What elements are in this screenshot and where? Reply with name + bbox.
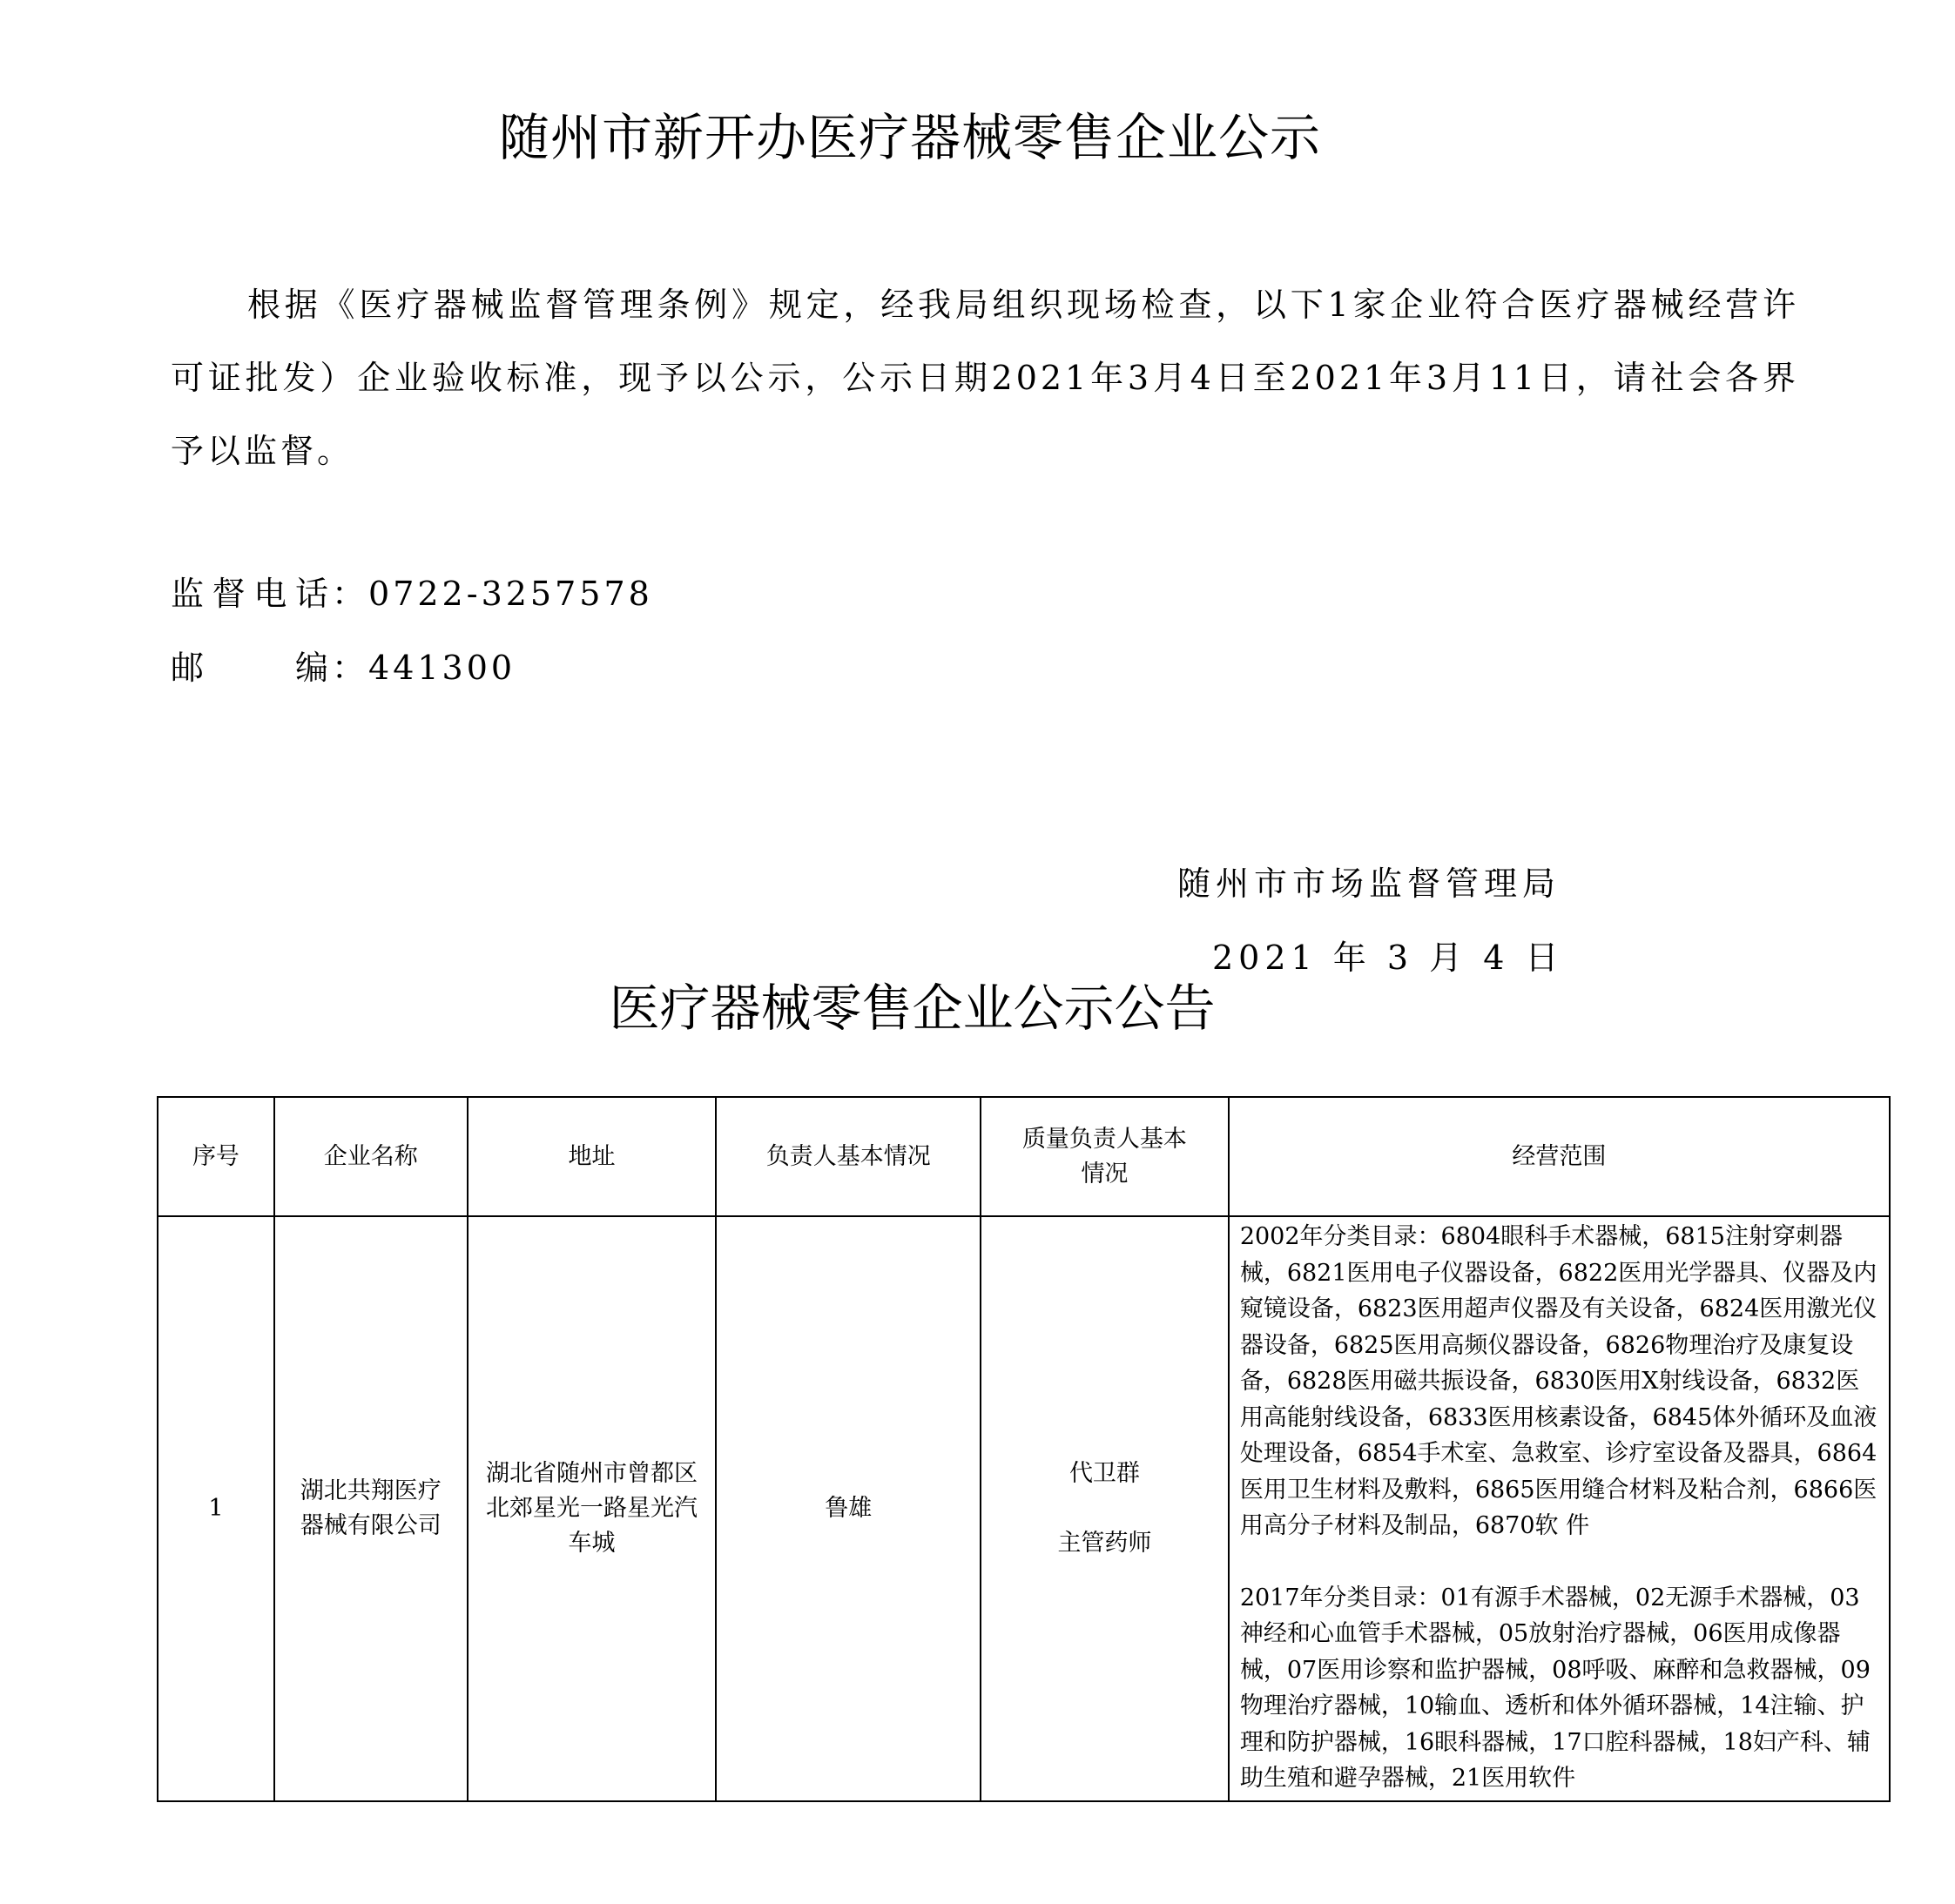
cell-address: 湖北省随州市曾都区北郊星光一路星光汽车城: [468, 1216, 717, 1801]
contact-phone-label: 监督电话: [171, 568, 332, 620]
scope-2002: 2002年分类目录：6804眼科手术器械，6815注射穿刺器械，6821医用电子…: [1240, 1219, 1878, 1544]
header-company: 企业名称: [274, 1097, 468, 1216]
table-row: 1 湖北共翔医疗器械有限公司 湖北省随州市曾都区北郊星光一路星光汽车城 鲁雄 代…: [158, 1216, 1890, 1801]
contact-postcode-value: 441300: [368, 649, 516, 687]
contact-postcode-label: 邮编: [171, 642, 332, 694]
contact-phone: 监督电话：0722-3257578: [171, 568, 653, 620]
header-address: 地址: [468, 1097, 717, 1216]
quality-person-name: 代卫群: [1069, 1460, 1140, 1487]
cell-scope: 2002年分类目录：6804眼科手术器械，6815注射穿刺器械，6821医用电子…: [1229, 1216, 1890, 1801]
header-quality-person: 质量负责人基本情况: [981, 1097, 1229, 1216]
contact-postcode: 邮编：441300: [171, 642, 516, 694]
announcement-title: 医疗器械零售企业公示公告: [0, 973, 1955, 1043]
contact-phone-value: 0722-3257578: [368, 575, 653, 613]
header-scope: 经营范围: [1229, 1097, 1890, 1216]
header-legal-person: 负责人基本情况: [716, 1097, 981, 1216]
signature-organization: 随州市市场监督管理局: [1177, 858, 1561, 910]
cell-index: 1: [158, 1216, 274, 1801]
quality-person-title: 主管药师: [1057, 1530, 1151, 1557]
table-header-row: 序号 企业名称 地址 负责人基本情况 质量负责人基本情况 经营范围: [158, 1097, 1890, 1216]
notice-paragraph: 根据《医疗器械监督管理条例》规定，经我局组织现场检查，以下1家企业符合医疗器械经…: [171, 268, 1799, 488]
contact-postcode-separator: ：: [332, 649, 368, 687]
enterprise-table: 序号 企业名称 地址 负责人基本情况 质量负责人基本情况 经营范围 1 湖北共翔…: [157, 1096, 1891, 1802]
notice-body: 根据《医疗器械监督管理条例》规定，经我局组织现场检查，以下1家企业符合医疗器械经…: [171, 268, 1799, 488]
contact-phone-separator: ：: [332, 575, 368, 613]
cell-legal-person: 鲁雄: [716, 1216, 981, 1801]
scope-2017: 2017年分类目录：01有源手术器械，02无源手术器械，03神经和心血管手术器械…: [1240, 1580, 1878, 1797]
cell-quality-person: 代卫群 主管药师: [981, 1216, 1229, 1801]
header-index: 序号: [158, 1097, 274, 1216]
cell-company: 湖北共翔医疗器械有限公司: [274, 1216, 468, 1801]
notice-title: 随州市新开办医疗器械零售企业公示: [0, 103, 1820, 172]
